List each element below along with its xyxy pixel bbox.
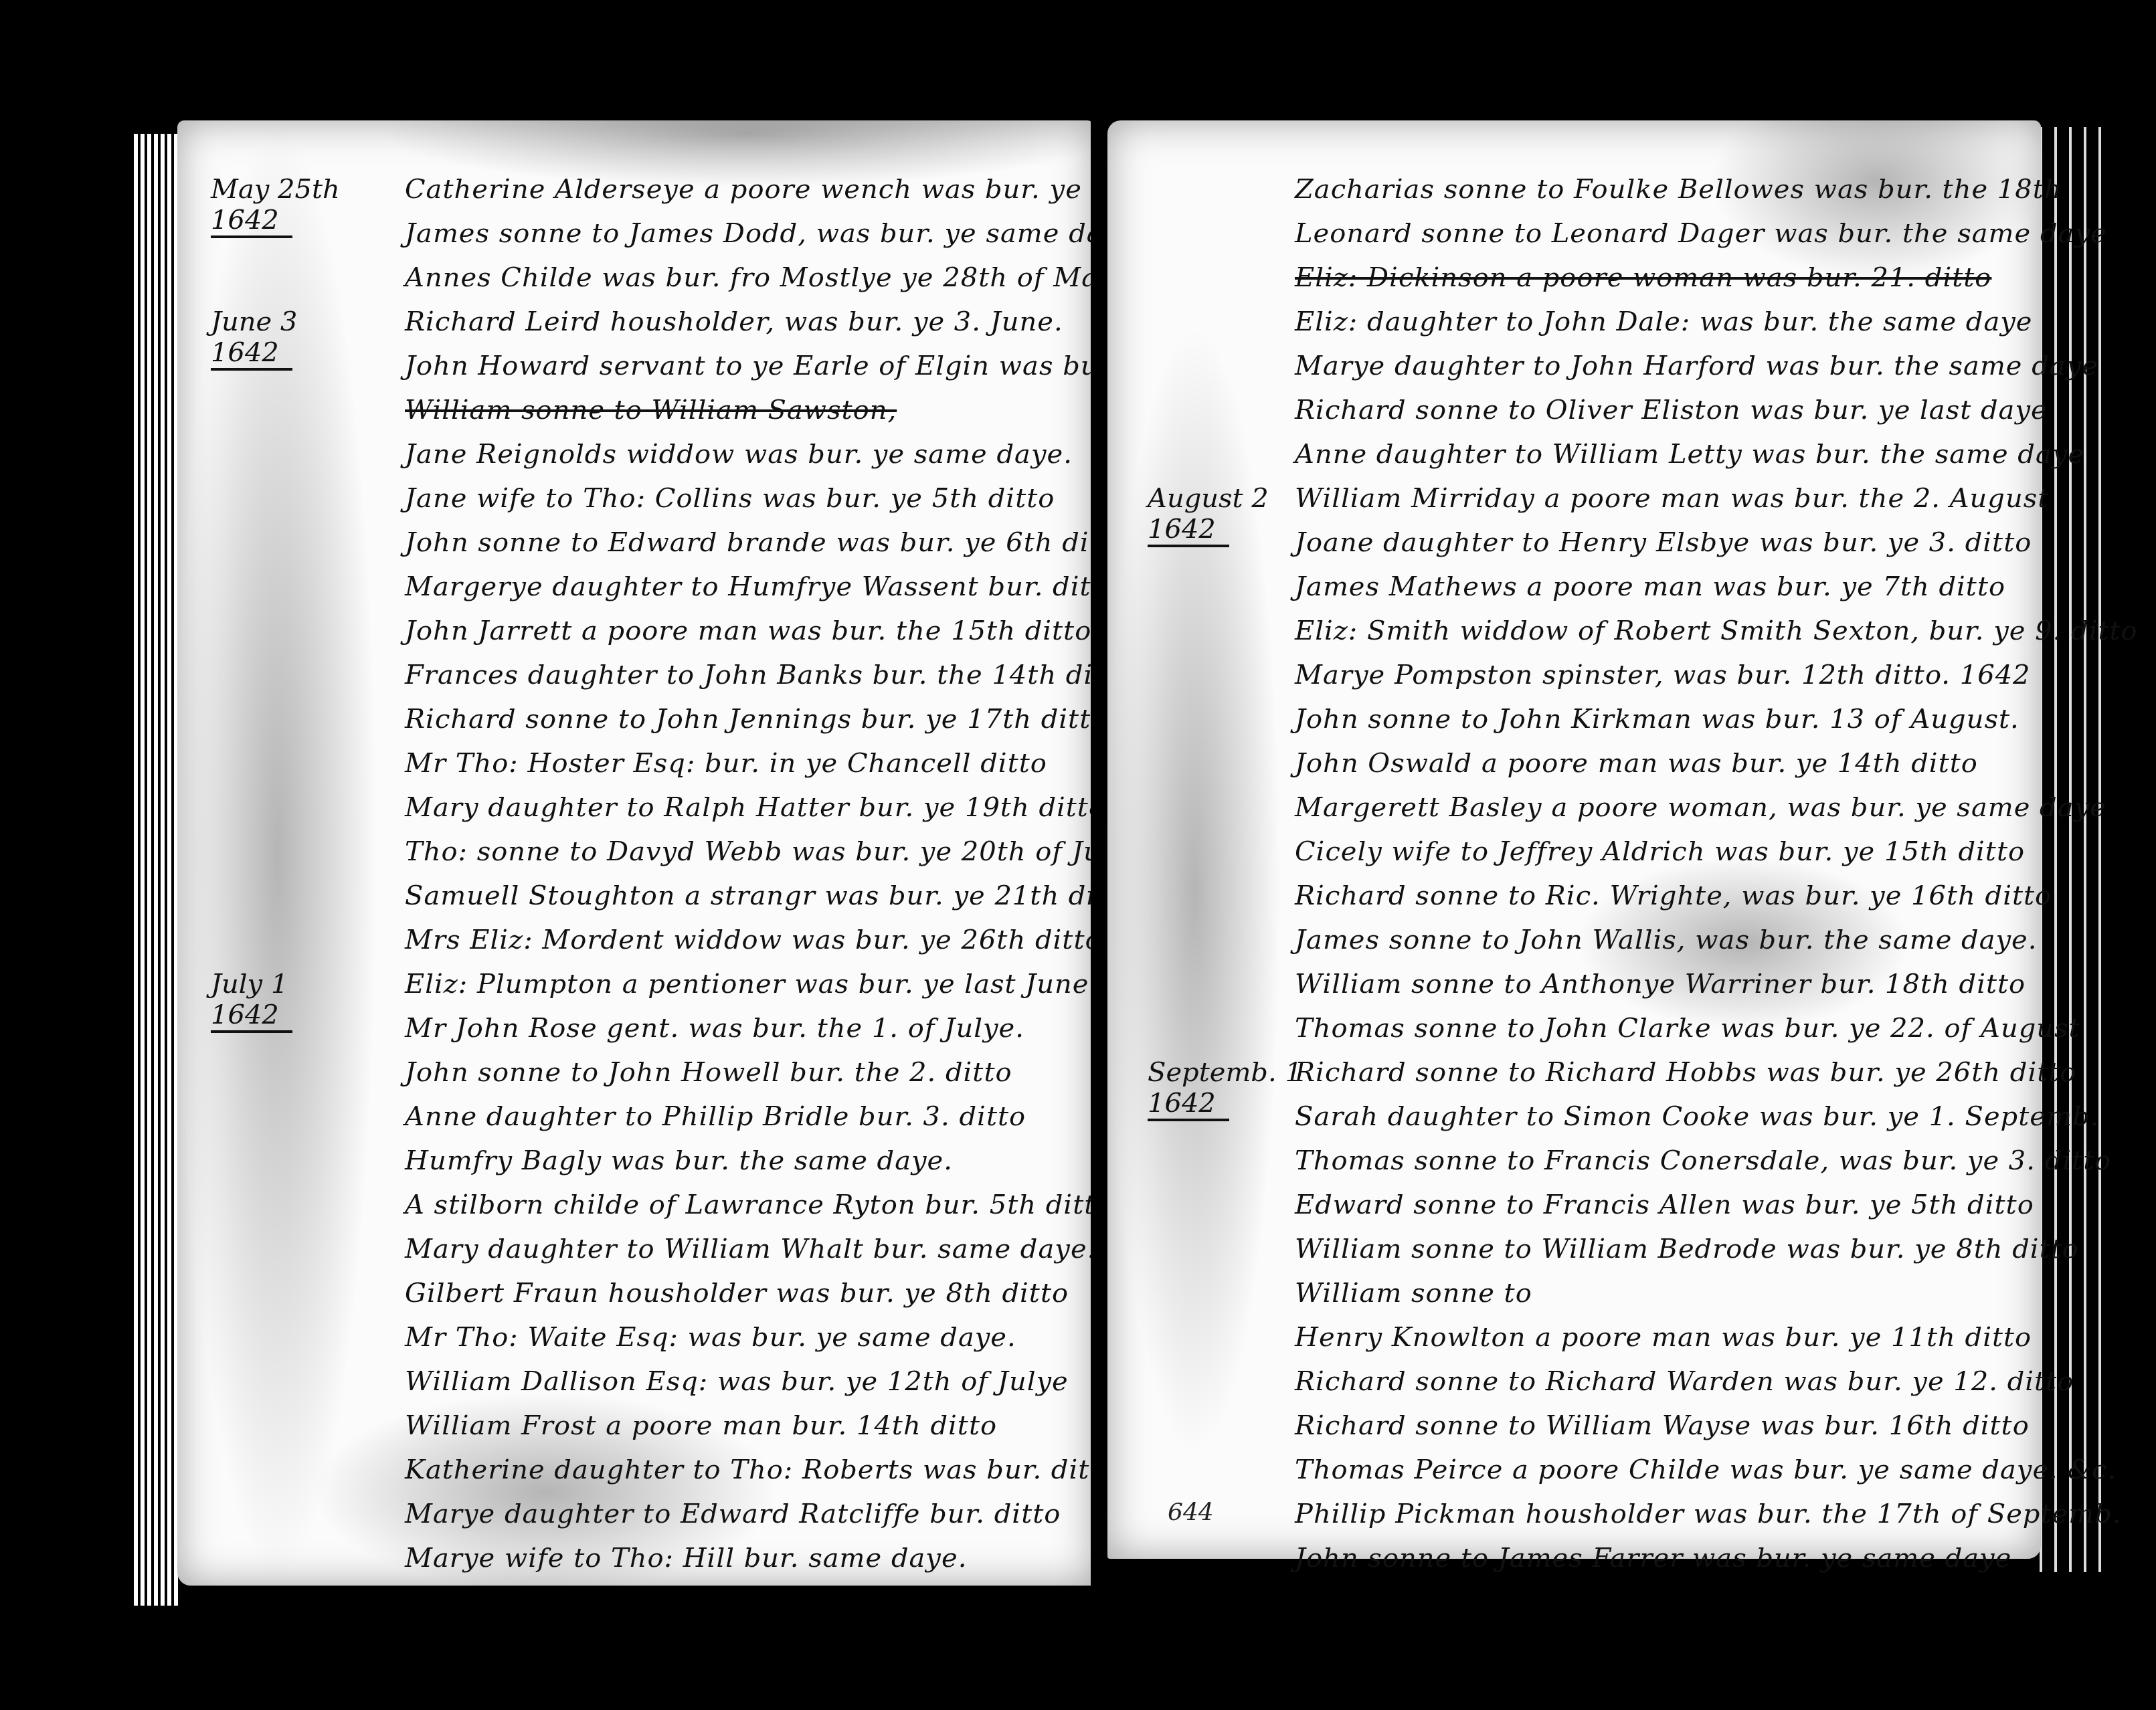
register-entry: Annes Childe was bur. fro Mostlye ye 28t…: [405, 262, 1119, 293]
register-entry: Margerett Basley a poore woman, was bur.…: [1295, 792, 2106, 823]
register-entry: Eliz: Smith widdow of Robert Smith Sexto…: [1295, 615, 2138, 646]
register-entry: Edward sonne to Francis Allen was bur. y…: [1295, 1190, 2034, 1220]
register-entry: Richard Leird housholder, was bur. ye 3.…: [405, 306, 1063, 337]
register-entry: A stilborn childe of Lawrance Ryton bur.…: [405, 1190, 1112, 1220]
register-entry: Tho: sonne to Davyd Webb was bur. ye 20t…: [405, 836, 1145, 867]
register-entry: Richard sonne to William Wayse was bur. …: [1295, 1410, 2030, 1441]
right-entries: Zacharias sonne to Foulke Bellowes was b…: [1107, 120, 2041, 1559]
register-entry: William Mirriday a poore man was bur. th…: [1295, 483, 2049, 514]
register-entry: Gilbert Fraun housholder was bur. ye 8th…: [405, 1278, 1069, 1309]
register-entry: Margerye daughter to Humfrye Wassent bur…: [405, 571, 1119, 602]
register-entry: Phillip Pickman housholder was bur. the …: [1295, 1499, 2121, 1529]
register-entry: Mr John Rose gent. was bur. the 1. of Ju…: [405, 1013, 1024, 1044]
register-entry: Henry Knowlton a poore man was bur. ye 1…: [1295, 1322, 2032, 1353]
register-entry: John sonne to John Kirkman was bur. 13 o…: [1295, 704, 2019, 735]
register-entry: John Jarrett a poore man was bur. the 15…: [405, 615, 1091, 646]
register-entry: Richard sonne to Ric. Wrighte, was bur. …: [1295, 880, 2052, 911]
right-page: August 21642Septemb. 11642 Zacharias son…: [1107, 120, 2041, 1559]
book-page-edges-left: [134, 134, 181, 1606]
register-entry: Eliz: Dickinson a poore woman was bur. 2…: [1295, 262, 1991, 293]
register-entry: William Dallison Esq: was bur. ye 12th o…: [405, 1366, 1069, 1397]
register-entry: Thomas sonne to Francis Conersdale, was …: [1295, 1145, 2111, 1176]
register-entry: Samuell Stoughton a strangr was bur. ye …: [405, 880, 1135, 911]
register-entry: Zacharias sonne to Foulke Bellowes was b…: [1295, 174, 2062, 205]
register-entry: Richard sonne to Richard Hobbs was bur. …: [1295, 1057, 2076, 1088]
register-entry: Marye wife to Tho: Hill bur. same daye.: [405, 1543, 967, 1574]
register-entry: Marye daughter to John Harford was bur. …: [1295, 351, 2098, 381]
register-entry: Mary daughter to Ralph Hatter bur. ye 19…: [405, 792, 1105, 823]
register-entry: Thomas sonne to John Clarke was bur. ye …: [1295, 1013, 2080, 1044]
register-entry: Cicely wife to Jeffrey Aldrich was bur. …: [1295, 836, 2025, 867]
register-entry: John sonne to Edward brande was bur. ye …: [405, 527, 1129, 558]
register-entry: Anne daughter to William Letty was bur. …: [1295, 439, 2084, 470]
register-entry: James Mathews a poore man was bur. ye 7t…: [1295, 571, 2005, 602]
register-entry: Anne daughter to Phillip Bridle bur. 3. …: [405, 1101, 1026, 1132]
register-entry: Mr Tho: Waite Esq: was bur. ye same daye…: [405, 1322, 1016, 1353]
register-entry: Richard sonne to Oliver Eliston was bur.…: [1295, 395, 2048, 425]
register-entry: James sonne to James Dodd, was bur. ye s…: [405, 218, 1145, 249]
register-entry: Marye Pompston spinster, was bur. 12th d…: [1295, 660, 2031, 690]
left-entries: Catherine Alderseye a poore wench was bu…: [177, 120, 1094, 1586]
register-entry: Frances daughter to John Banks bur. the …: [405, 660, 1133, 690]
register-entry: Richard sonne to Richard Warden was bur.…: [1295, 1366, 2074, 1397]
register-entry: Jane wife to Tho: Collins was bur. ye 5t…: [405, 483, 1055, 514]
register-entry: Mrs Eliz: Mordent widdow was bur. ye 26t…: [405, 925, 1102, 955]
register-entry: Mary daughter to William Whalt bur. same…: [405, 1234, 1096, 1264]
register-entry: Katherine daughter to Tho: Roberts was b…: [405, 1454, 1117, 1485]
register-entry: John sonne to James Farrer was bur. ye s…: [1295, 1543, 2011, 1574]
register-entry: Leonard sonne to Leonard Dager was bur. …: [1295, 218, 2107, 249]
register-entry: Thomas Peirce a poore Childe was bur. ye…: [1295, 1454, 2117, 1485]
register-entry: William sonne to William Bedrode was bur…: [1295, 1234, 2079, 1264]
register-entry: William Frost a poore man bur. 14th ditt…: [405, 1410, 997, 1441]
register-entry: Sarah daughter to Simon Cooke was bur. y…: [1295, 1101, 2099, 1132]
register-entry: James sonne to John Wallis, was bur. the…: [1295, 925, 2038, 955]
register-entry: William sonne to: [1295, 1278, 1532, 1309]
register-entry: Eliz: daughter to John Dale: was bur. th…: [1295, 306, 2033, 337]
register-entry: Jane Reignolds widdow was bur. ye same d…: [405, 439, 1073, 470]
register-entry: John Howard servant to ye Earle of Elgin…: [405, 351, 1194, 381]
register-entry: William sonne to Anthonye Warriner bur. …: [1295, 969, 2026, 1000]
folio-mark: 644: [1168, 1499, 1214, 1526]
register-entry: John sonne to John Howell bur. the 2. di…: [405, 1057, 1012, 1088]
book-page-edges-right: [2034, 127, 2101, 1572]
left-page: May 25th1642June 31642July 11642 Catheri…: [177, 120, 1094, 1586]
register-entry: Richard sonne to John Jennings bur. ye 1…: [405, 704, 1107, 735]
register-entry: William sonne to William Sawston,: [405, 395, 897, 425]
register-entry: Marye daughter to Edward Ratcliffe bur. …: [405, 1499, 1061, 1529]
register-entry: Mr Tho: Hoster Esq: bur. in ye Chancell …: [405, 748, 1047, 779]
register-entry: John Oswald a poore man was bur. ye 14th…: [1295, 748, 1978, 779]
register-entry: Joane daughter to Henry Elsbye was bur. …: [1295, 527, 2032, 558]
register-entry: Eliz: Plumpton a pentioner was bur. ye l…: [405, 969, 1098, 1000]
register-entry: Humfry Bagly was bur. the same daye.: [405, 1145, 953, 1176]
